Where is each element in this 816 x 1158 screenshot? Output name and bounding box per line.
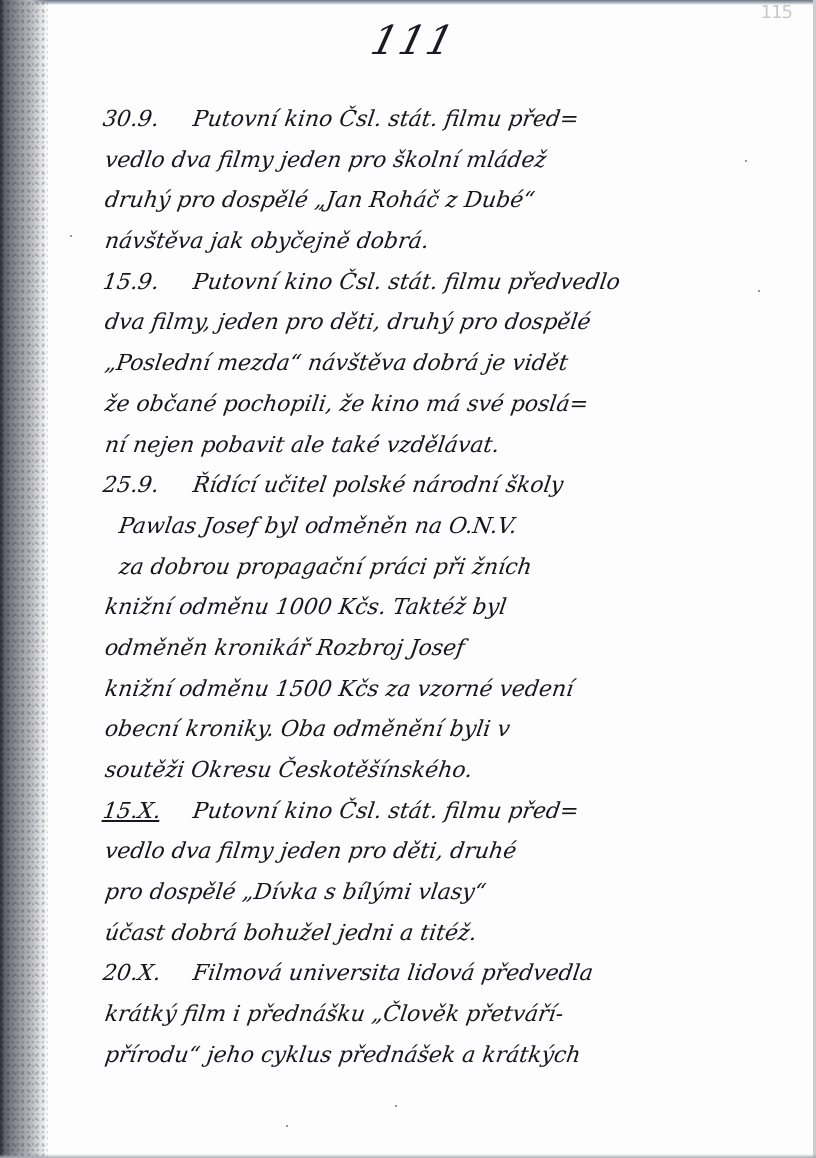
entry-date: 15.X. [100,792,182,833]
archive-number: 115 [761,2,792,23]
entry-date: 20.X. [100,954,182,995]
entry-date: 30.9. [100,100,182,141]
text-line: že občané pochopili, že kino má své posl… [100,385,726,426]
text-line: 30.9.Putovní kino Čsl. stát. filmu před= [100,100,726,141]
entry-text: Putovní kino Čsl. stát. filmu předvedlo [191,270,621,295]
text-line: Pawlas Josef byl odměněn na O.N.V. [100,507,726,548]
text-line: soutěži Okresu Českotěšínského. [100,751,726,792]
entry-text: Řídící učitel polské národní školy [191,473,565,498]
scan-top-edge [0,0,816,5]
entry-text: Putovní kino Čsl. stát. filmu před= [191,799,580,824]
binding-shadow [0,0,48,1158]
scan-speck [745,160,747,162]
entry-text: Putovní kino Čsl. stát. filmu před= [191,107,580,132]
scan-bottom-edge [0,1154,816,1158]
text-line: druhý pro dospělé „Jan Roháč z Dubé“ [100,181,726,222]
text-line: obecní kroniky. Oba odměnění byli v [100,710,726,751]
scan-speck [286,1125,288,1127]
text-line: 15.X.Putovní kino Čsl. stát. filmu před= [100,792,726,833]
entry-text: Filmová universita lidová předvedla [191,961,594,986]
entry-date: 15.9. [100,263,182,304]
text-line: vedlo dva filmy jeden pro děti, druhé [100,832,726,873]
text-line: dva filmy, jeden pro děti, druhý pro dos… [100,303,726,344]
text-line: pro dospělé „Dívka s bílými vlasy“ [100,873,726,914]
text-line: 15.9.Putovní kino Čsl. stát. filmu předv… [100,263,726,304]
entry-date: 25.9. [100,466,182,507]
text-line: odměněn kronikář Rozbroj Josef [100,629,726,670]
text-line: za dobrou propagační práci při žních [100,548,726,589]
text-line: účast dobrá bohužel jedni a titéž. [100,914,726,955]
chronicle-text: 30.9.Putovní kino Čsl. stát. filmu před=… [100,100,720,1077]
text-line: 25.9.Řídící učitel polské národní školy [100,466,726,507]
page-number: 111 [366,18,460,64]
text-line: 20.X.Filmová universita lidová předvedla [100,954,726,995]
text-line: ní nejen pobavit ale také vzdělávat. [100,426,726,467]
text-line: vedlo dva filmy jeden pro školní mládež [100,141,726,182]
text-line: návštěva jak obyčejně dobrá. [100,222,726,263]
scan-speck [758,290,760,292]
text-line: přírodu“ jeho cyklus přednášek a krátkýc… [100,1036,726,1077]
text-line: krátký film i přednášku „Člověk přetváří… [100,995,726,1036]
scanned-page: 115 111 30.9.Putovní kino Čsl. stát. fil… [0,0,816,1158]
text-line: knižní odměnu 1000 Kčs. Taktéž byl [100,588,726,629]
scan-speck [70,235,72,237]
text-line: knižní odměnu 1500 Kčs za vzorné vedení [100,670,726,711]
text-line: „Poslední mezda“ návštěva dobrá je vidět [100,344,726,385]
scan-speck [395,1105,397,1107]
